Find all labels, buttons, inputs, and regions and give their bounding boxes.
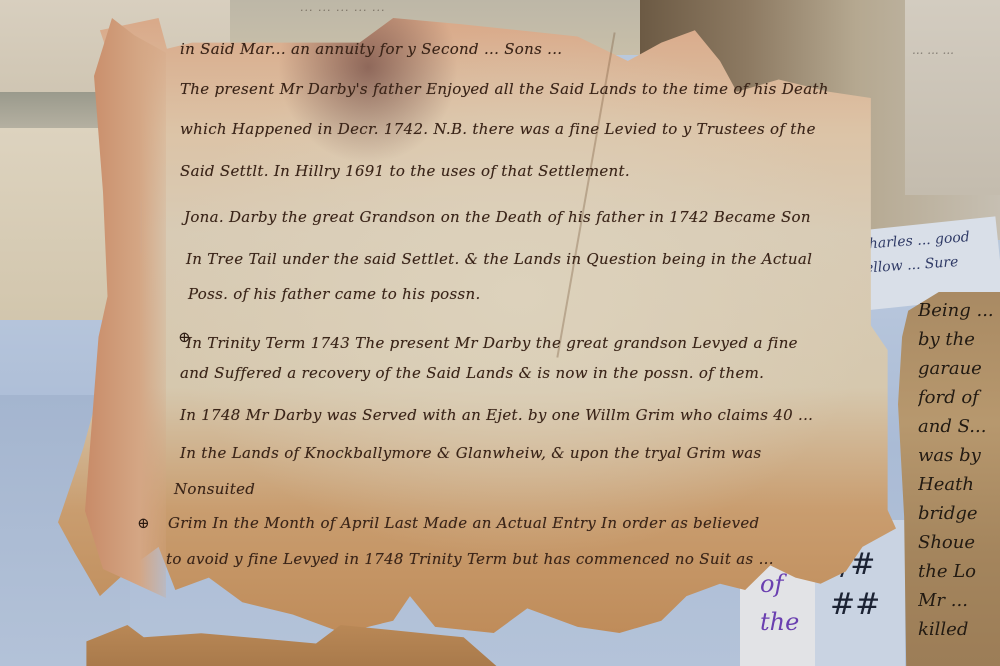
right-scrap-line: the Lo [918,557,1000,586]
manuscript-line-4: Said Settlt. In Hillry 1691 to the uses … [180,162,630,180]
margin-cross-mark-icon: ⊕ [137,514,150,532]
right-scrap-line: Shoue [918,528,1000,557]
manuscript-line-7: Poss. of his father came to his possn. [188,285,481,303]
manuscript-line-10: In 1748 Mr Darby was Served with an Ejet… [180,406,813,424]
right-scrap-line: was by [918,441,1000,470]
manuscript-line-14: to avoid y fine Levyed in 1748 Trinity T… [166,550,774,568]
manuscript-line-1: in Said Mar... an annuity for y Second .… [180,40,562,58]
right-scrap-line: Heath [918,470,1000,499]
margin-cross-mark-icon: ⊕ [178,328,191,346]
manuscript-line-9: and Suffered a recovery of the Said Land… [180,364,764,382]
manuscript-line-2: The present Mr Darby's father Enjoyed al… [180,80,829,98]
right-scrap-line: ford of [918,383,1000,412]
manuscript-line-6: In Tree Tail under the said Settlet. & t… [186,250,812,268]
right-scrap-line: by the [918,325,1000,354]
right-scrap-line: garaue [918,354,1000,383]
manuscript-line-13: Grim In the Month of April Last Made an … [168,514,759,532]
right-scrap-line: Being ... [918,296,1000,325]
background-faint-writing-right: ... ... ... [912,40,992,190]
background-paper-left [0,128,110,320]
manuscript-line-11: In the Lands of Knockballymore & Glanwhe… [180,444,762,462]
right-scrap-text: Being ... by the garaue ford of and S...… [918,296,1000,666]
right-scrap-line: bridge [918,499,1000,528]
manuscript-line-3: which Happened in Decr. 1742. N.B. there… [180,120,816,138]
right-scrap-line: Mr ... [918,586,1000,615]
manuscript-line-5: Jona. Darby the great Grandson on the De… [184,208,811,226]
right-scrap-line: killed [918,615,1000,644]
manuscript-line-8: In Trinity Term 1743 The present Mr Darb… [186,334,798,352]
right-scrap-line: and S... [918,412,1000,441]
manuscript-line-12: Nonsuited [174,480,255,498]
manuscript-text: in Said Mar... an annuity for y Second .… [180,40,880,620]
